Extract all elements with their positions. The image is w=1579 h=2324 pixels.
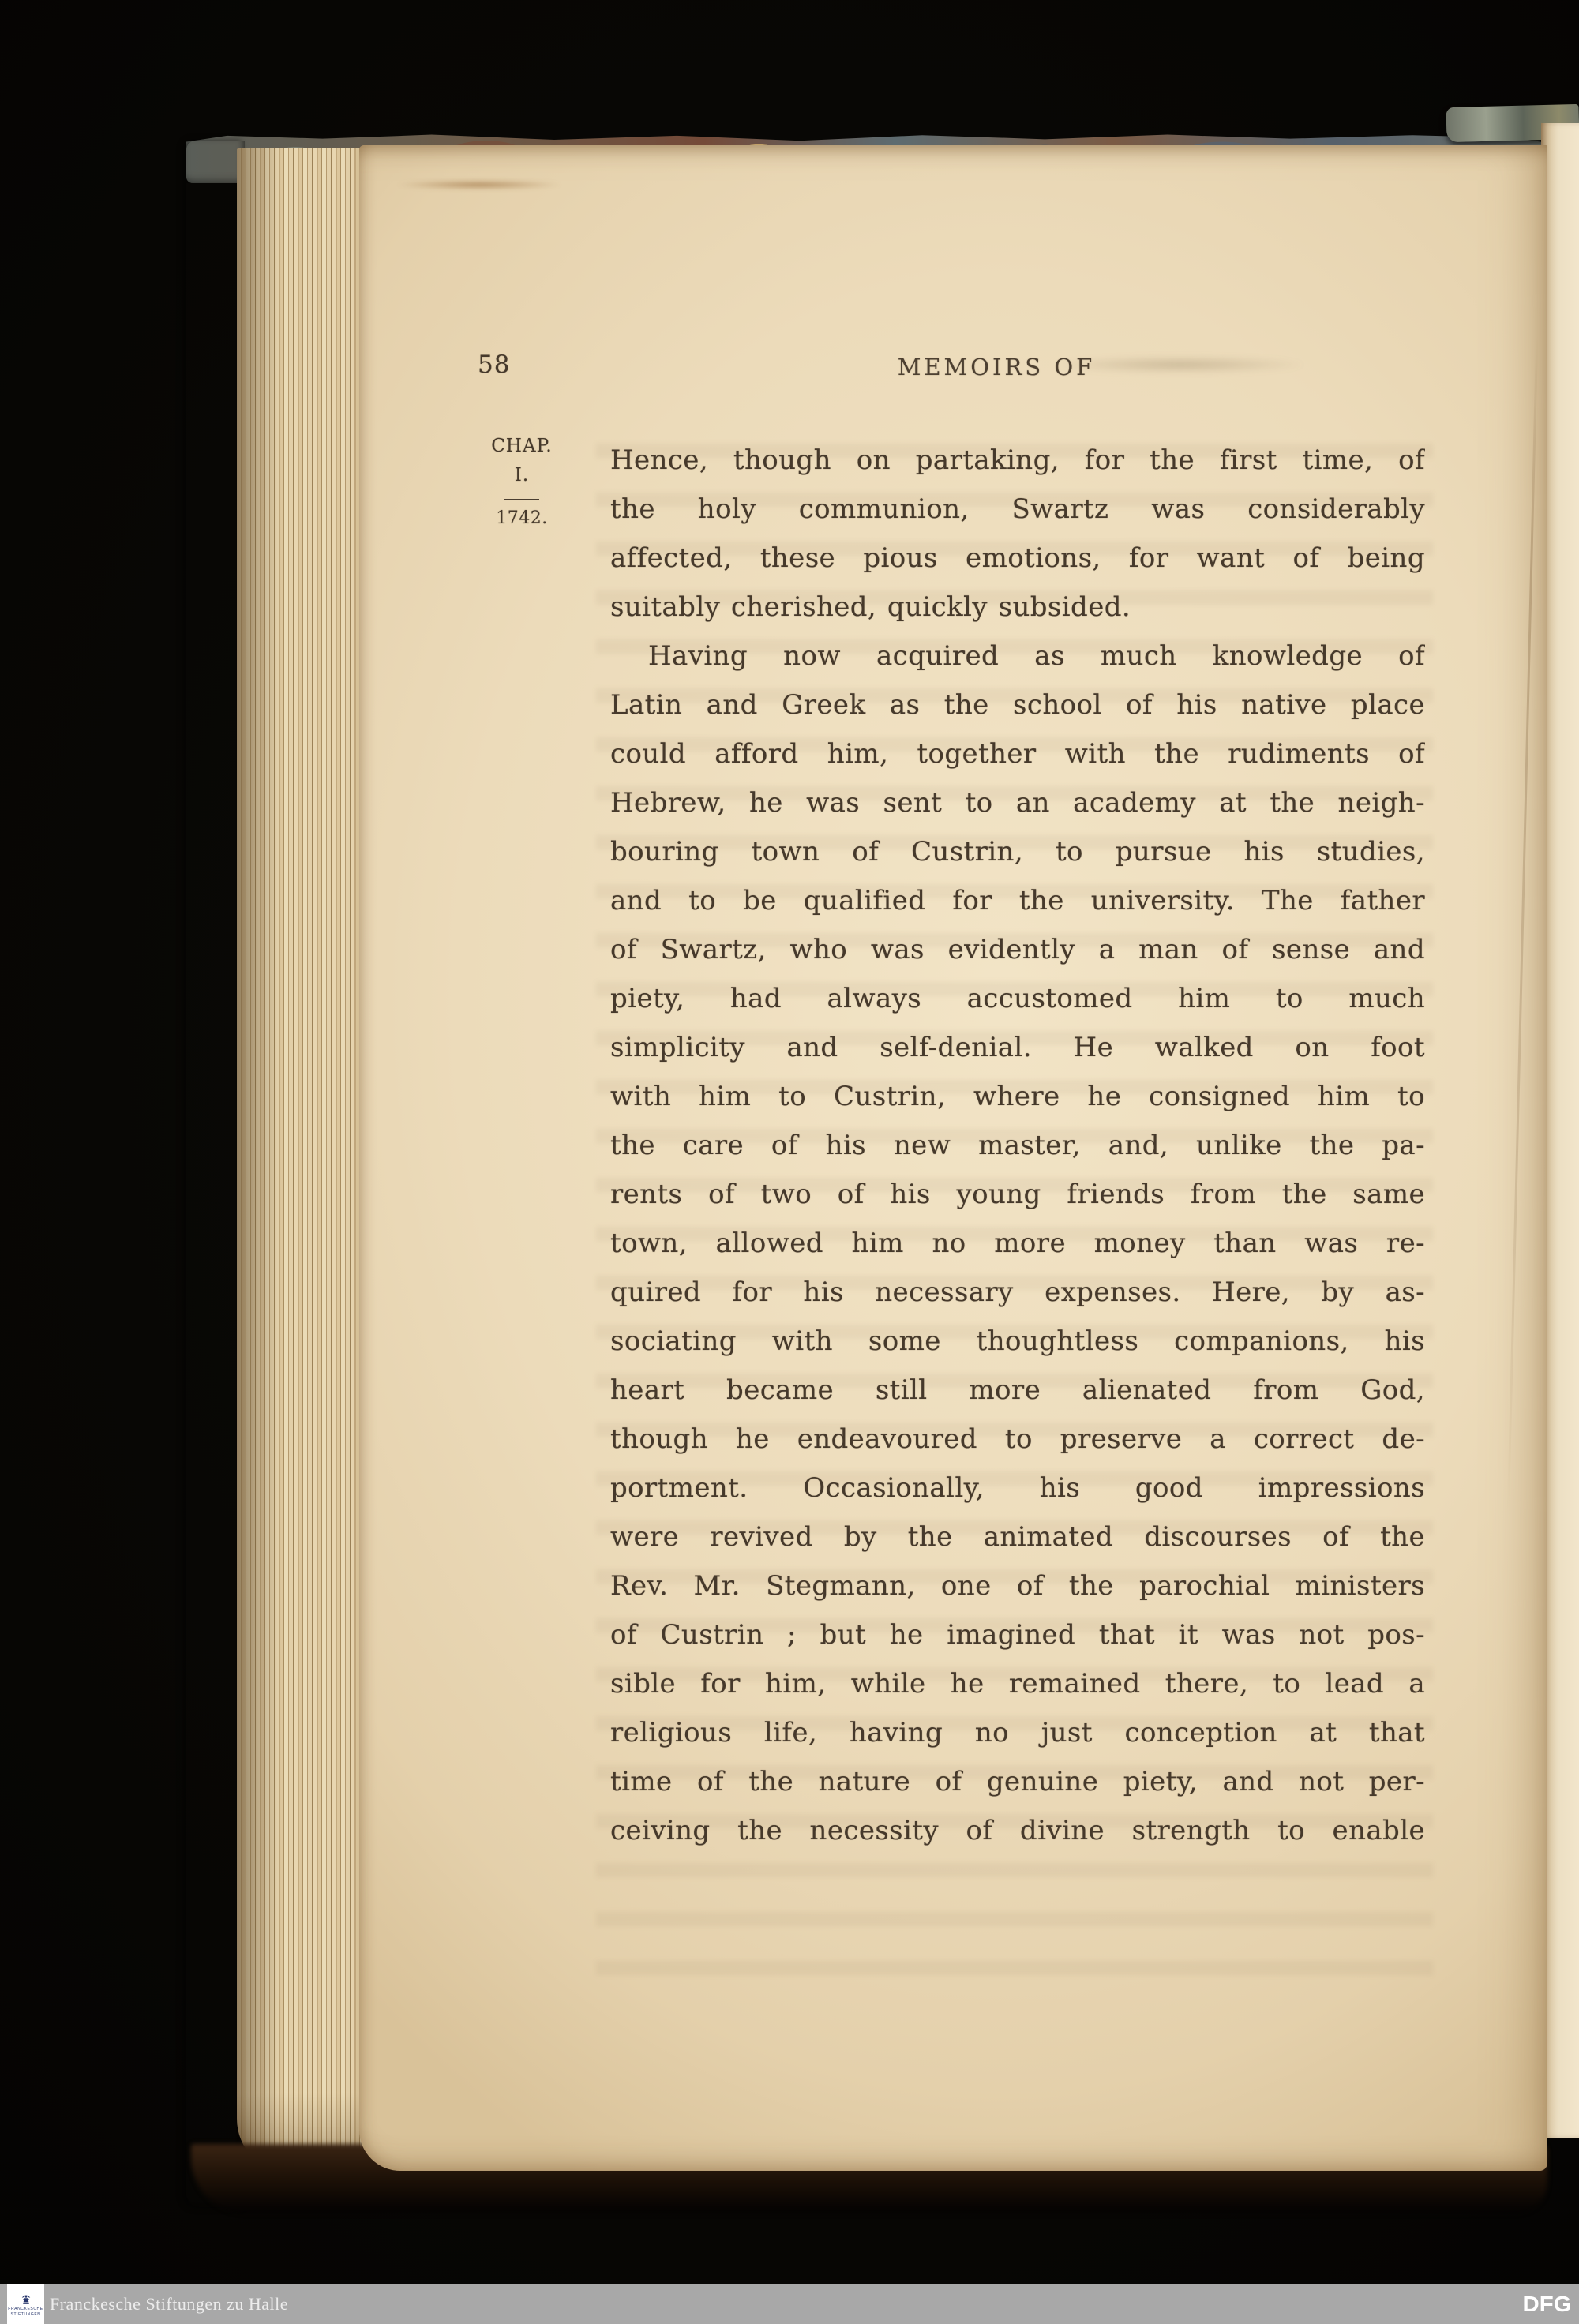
text-line: though he endeavoured to preserve a corr…: [610, 1415, 1425, 1464]
page-stack-edge: [237, 148, 365, 2174]
paper-stain: [391, 178, 612, 191]
text-line: Latin and Greek as the school of his nat…: [610, 680, 1425, 729]
text-line: heart became still more alienated from G…: [610, 1366, 1425, 1415]
text-line: sociating with some thoughtless companio…: [610, 1317, 1425, 1366]
text-line: Having now acquired as much knowledge of: [610, 632, 1425, 680]
text-line: Hence, though on partaking, for the firs…: [610, 436, 1425, 485]
text-line: piety, had always accustomed him to much: [610, 974, 1425, 1023]
book-page: 58 MEMOIRS OF CHAP. I. 1742. Hence, thou…: [359, 145, 1547, 2171]
chapter-numeral: I.: [479, 467, 564, 485]
margin-year: 1742.: [479, 510, 564, 527]
franckesche-logo: FRANCKESCHE STIFTUNGEN: [7, 2284, 44, 2324]
digitization-footer-bar: FRANCKESCHE STIFTUNGEN Franckesche Stift…: [0, 2284, 1579, 2324]
chapter-label: CHAP.: [479, 437, 564, 455]
body-text: Hence, though on partaking, for the firs…: [610, 436, 1425, 1855]
franckesche-emblem-icon: [19, 2292, 33, 2306]
text-line: affected, these pious emotions, for want…: [610, 534, 1425, 583]
franckesche-logo-text-line1: FRANCKESCHE: [8, 2307, 43, 2311]
text-line: Hebrew, he was sent to an academy at the…: [610, 778, 1425, 827]
text-line: of Swartz, who was evidently a man of se…: [610, 925, 1425, 974]
paragraph: Having now acquired as much knowledge of…: [610, 632, 1425, 1855]
text-line: Rev. Mr. Stegmann, one of the parochial …: [610, 1561, 1425, 1610]
text-line: were revived by the animated discourses …: [610, 1512, 1425, 1561]
text-line: ceiving the necessity of divine strength…: [610, 1806, 1425, 1855]
text-line: and to be qualified for the university. …: [610, 876, 1425, 925]
text-line: religious life, having no just conceptio…: [610, 1708, 1425, 1757]
text-line: town, allowed him no more money than was…: [610, 1219, 1425, 1268]
page-number: 58: [478, 350, 510, 379]
text-line: of Custrin ; but he imagined that it was…: [610, 1610, 1425, 1659]
text-line: portment. Occasionally, his good impress…: [610, 1464, 1425, 1512]
text-line: simplicity and self-denial. He walked on…: [610, 1023, 1425, 1072]
text-line: the care of his new master, and, unlike …: [610, 1121, 1425, 1170]
text-line: time of the nature of genuine piety, and…: [610, 1757, 1425, 1806]
scanned-book-page: 58 MEMOIRS OF CHAP. I. 1742. Hence, thou…: [0, 0, 1579, 2324]
paragraph: Hence, though on partaking, for the firs…: [610, 436, 1425, 632]
text-line: could afford him, together with the rudi…: [610, 729, 1425, 778]
text-line: quired for his necessary expenses. Here,…: [610, 1268, 1425, 1317]
text-line: rents of two of his young friends from t…: [610, 1170, 1425, 1219]
margin-note: CHAP. I. 1742.: [479, 437, 564, 527]
margin-rule: [504, 499, 539, 500]
dfg-logo: DFG: [1522, 2292, 1571, 2317]
running-title: MEMOIRS OF: [589, 354, 1404, 380]
franckesche-logo-text-line2: STIFTUNGEN: [11, 2312, 41, 2317]
marbled-cover-edge: [186, 141, 245, 2207]
text-line: the holy communion, Swartz was considera…: [610, 485, 1425, 534]
text-line: sible for him, while he remained there, …: [610, 1659, 1425, 1708]
text-line: with him to Custrin, where he consigned …: [610, 1072, 1425, 1121]
text-line: suitably cherished, quickly subsided.: [610, 583, 1425, 632]
text-line: bouring town of Custrin, to pursue his s…: [610, 827, 1425, 876]
page-crease: [1507, 335, 1539, 1519]
institution-name: Franckesche Stiftungen zu Halle: [50, 2294, 288, 2315]
